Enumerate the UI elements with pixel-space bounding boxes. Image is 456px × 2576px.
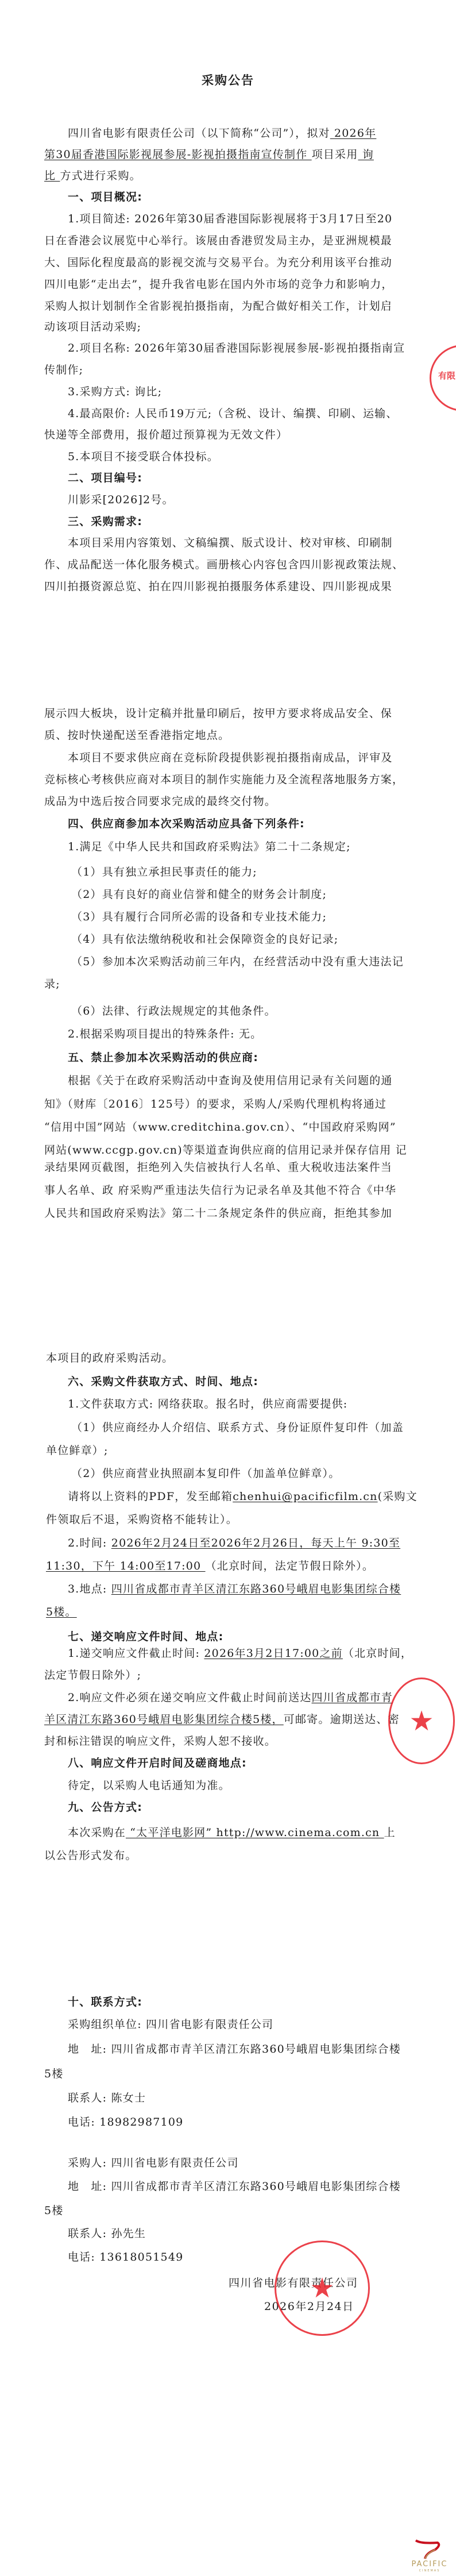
page-title: 采购公告: [0, 74, 456, 87]
org-phone: 电话: 18982987109: [68, 2115, 183, 2129]
buyer-phone: 电话: 13618051549: [68, 2250, 183, 2264]
s4-condition: （1）具有独立承担民事责任的能力;: [71, 865, 257, 879]
s4-condition: （2）具有良好的商业信誉和健全的财务会计制度;: [71, 888, 327, 901]
section-7-heading: 七、递交响应文件时间、地点:: [68, 1630, 223, 1644]
section-6-heading: 六、采购文件获取方式、时间、地点:: [68, 1375, 258, 1389]
s1-item1-line: 动该项目活动采购;: [44, 320, 141, 334]
s1-item2-line: 传制作;: [44, 363, 83, 377]
s7-item1: 1.递交响应文件截止时间: 2026年3月2日17:00之前（北京时间，: [68, 1646, 412, 1660]
s5-para-line: 事人名单、政 府采购严重违法失信行为记录名单及其他不符合《中华: [44, 1183, 396, 1197]
buyer-address-2: 5楼: [44, 2204, 64, 2218]
place-underlined: 四川省成都市青羊区清江东路360号峨眉电影集团综合楼: [111, 1583, 401, 1595]
s1-item1-line: 1.项目简述: 2026年第30届香港国际影视展将于3月17日至20: [68, 212, 392, 226]
s1-item1-line: 大、国际化程度最高的影视交流与交易平台。为充分利用该平台推动: [44, 256, 392, 269]
buyer-address: 地 址: 四川省成都市青羊区清江东路360号峨眉电影集团综合楼: [68, 2180, 401, 2193]
s4-condition: 录;: [44, 977, 60, 991]
section-8-heading: 八、响应文件开启时间及磋商地点:: [68, 1756, 247, 1770]
section-1-heading: 一、项目概况:: [68, 190, 142, 204]
s6-req1-line: （1）供应商经办人介绍信、联系方式、身份证原件复印件（加盖: [71, 1421, 404, 1434]
org-contact: 联系人: 陈女士: [68, 2091, 146, 2105]
s1-item1-line: 日在香港会议展览中心举行。该展由香港贸发局主办，是亚洲规模最: [44, 234, 392, 248]
s9-line-2: 以公告形式发布。: [44, 1849, 137, 1862]
org-address-2: 5楼: [44, 2067, 64, 2081]
s7-item1-line-2: 法定节假日除外）;: [44, 1668, 141, 1682]
s1-item4-line: 快递等全部费用，报价超过预算视为无效文件）: [44, 428, 288, 442]
s1-item3: 3.采购方式: 询比;: [68, 385, 162, 399]
section-5-heading: 五、禁止参加本次采购活动的供应商:: [68, 1051, 258, 1065]
section-2-heading: 二、项目编号:: [68, 471, 142, 485]
announcement-site-link[interactable]: “太平洋电影网” http://www.cinema.com.cn: [126, 1826, 384, 1839]
star-icon: ★: [409, 1707, 434, 1735]
section-10-heading: 十、联系方式:: [68, 1995, 142, 2009]
s5-para-line: 录结果网页截图，拒绝列入失信被执行人名单、重大税收违法案件当: [44, 1160, 392, 1174]
star-icon: ★: [310, 2274, 334, 2302]
s4-condition: （5）参加本次采购活动前三年内，在经营活动中没有重大违法记: [71, 955, 404, 969]
logo-brand: PACIFIC: [405, 2560, 454, 2569]
section-4-heading: 四、供应商参加本次采购活动应具备下列条件:: [68, 817, 305, 831]
company-seal: ★: [275, 2240, 370, 2336]
s1-item4-line: 4.最高限价: 人民币19万元;（含税、设计、编撰、印刷、运输、: [68, 407, 398, 421]
s7-item2-line-3: 封和标注错误的响应文件，采购人恕不接收。: [44, 1734, 276, 1748]
s4-item1: 1.满足《中华人民共和国政府采购法》第二十二条规定;: [68, 840, 351, 854]
s6-place-line: 3.地点: 四川省成都市青羊区清江东路360号峨眉电影集团综合楼: [68, 1582, 401, 1596]
s5-para-line: 知》（财库〔2016〕125号）的要求，采购人/采购代理机构将通过: [44, 1097, 387, 1111]
s8-value: 待定，以采购人电话通知为准。: [68, 1779, 230, 1792]
s3-para1-line: 质、按时快递配送至香港指定地点。: [44, 728, 230, 742]
s6-time-line: 2.时间: 2026年2月24日至2026年2月26日，每天上午 9:30至: [68, 1536, 400, 1550]
s1-item2-line: 2.项目名称: 2026年第30届香港国际影视展参展-影视拍摄指南宣: [68, 341, 405, 355]
swoosh-icon: [415, 2539, 442, 2560]
s5-para-line: “信用中国”网站（www.creditchina.gov.cn）、“中国政府采购…: [44, 1120, 396, 1134]
s4-condition: （3）具有履行合同所必需的设备和专业技术能力;: [71, 910, 327, 924]
s6-email-line-2: 件领取后不退，采购资格不能转让）。: [46, 1513, 238, 1526]
s6-place-line-2: 5楼。: [46, 1605, 77, 1619]
s7-item2-line-2: 羊区清江东路360号峨眉电影集团综合楼5楼，可邮寄。逾期送达、密: [44, 1713, 400, 1726]
s6-req1-line: 单位鲜章）;: [46, 1444, 109, 1457]
s5-para-line: 根据《关于在政府采购活动中查询及使用信用记录有关问题的通: [68, 1074, 393, 1088]
s7-item2: 2.响应文件必须在递交响应文件截止时间前送达四川省成都市青: [68, 1691, 393, 1705]
s5-para-line: 网站(www.ccgp.gov.cn)等渠道查询供应商的信用记录并保存信用 记: [44, 1143, 407, 1157]
buyer-name: 采购人: 四川省电影有限责任公司: [68, 2156, 239, 2170]
s9-line: 本次采购在 “太平洋电影网” http://www.cinema.com.cn …: [68, 1826, 396, 1840]
email-link[interactable]: chenhui@pacificfilm.cn: [233, 1490, 377, 1503]
s5-para-line: 本项目的政府采购活动。: [46, 1351, 173, 1365]
s3-para1-line: 作、成品配送一体化服务模式。画册核心内容包含四川影视政策法规、: [44, 558, 404, 572]
intro-line-3: 比 方式进行采购。: [44, 169, 141, 183]
logo-sub: CINEMAS: [405, 2569, 454, 2573]
s4-condition: （6）法律、行政法规规定的其他条件。: [71, 1004, 276, 1018]
s6-req2: （2）供应商营业执照副本复印件（加盖单位鲜章）。: [71, 1467, 340, 1480]
org-address: 地 址: 四川省成都市青羊区清江东路360号峨眉电影集团综合楼: [68, 2042, 401, 2056]
s3-para1-line: 展示四大板块，设计定稿并批量印刷后，按甲方要求将成品安全、保: [44, 707, 392, 720]
deadline-underlined: 2026年3月2日17:00之前: [204, 1647, 343, 1660]
s6-item1: 1.文件获取方式: 网络获取。报名时，供应商需要提供:: [68, 1397, 347, 1411]
s6-time-line-2: 11:30，下午 14:00至17:00 （北京时间，法定节假日除外）。: [46, 1559, 374, 1573]
buyer-contact: 联系人: 孙先生: [68, 2227, 146, 2240]
s3-para2-line: 成品为中选后按合同要求完成的最终交付物。: [44, 795, 276, 808]
section-9-heading: 九、公告方式:: [68, 1800, 142, 1814]
s4-item2: 2.根据采购项目提出的特殊条件: 无。: [68, 1027, 262, 1041]
s3-para2-line: 竞标核心考核供应商对本项目的制作实施能力及全流程落地服务方案，: [44, 773, 404, 786]
intro-year-underlined: 2026年: [330, 127, 377, 140]
intro-line-2: 第30届香港国际影视展参展-影视拍摄指南宣传制作 项目采用 询: [44, 148, 374, 161]
s4-condition: （4）具有依法缴纳税收和社会保障资金的良好记录;: [71, 932, 338, 946]
intro-project-underlined: 第30届香港国际影视展参展-影视拍摄指南宣传制作: [44, 148, 312, 161]
project-number: 川影采[2026]2号。: [68, 493, 174, 507]
s3-para1-line: 本项目采用内容策划、文稿编撰、版式设计、校对审核、印刷制: [68, 536, 393, 550]
s1-item1-line: 四川电影“走出去”，提升我省电影在国内外市场的竞争力和影响力，: [44, 277, 393, 291]
s3-para2-line: 本项目不要求供应商在竞标阶段提供影视拍摄指南成品，评审及: [68, 751, 393, 765]
company-seal-partial-top: 有限: [430, 345, 456, 411]
time-range-underlined: 2026年2月24日至2026年2月26日，每天上午 9:30至: [111, 1537, 400, 1549]
s6-email-line: 请将以上资料的PDF，发至邮箱chenhui@pacificfilm.cn(采购…: [68, 1490, 418, 1503]
s3-para1-line: 四川拍摄资源总览、拍在四川影视拍摄服务体系建设、四川影视成果: [44, 580, 392, 593]
s5-para-line: 人民共和国政府采购法》第二十二条规定条件的供应商，拒绝其参加: [44, 1206, 392, 1220]
s1-item1-line: 采购人拟计划制作全省影视拍摄指南，为配合做好相关工作，计划启: [44, 299, 392, 313]
section-3-heading: 三、采购需求:: [68, 515, 142, 529]
intro-line-1: 四川省电影有限责任公司（以下简称“公司”），拟对 2026年: [68, 126, 376, 140]
s1-item5: 5.本项目不接受联合体投标。: [68, 450, 219, 464]
company-seal-partial-middle: ★: [388, 1678, 455, 1764]
org-name: 采购组织单位: 四川省电影有限责任公司: [68, 2018, 273, 2031]
pacific-cinemas-logo: PACIFIC CINEMAS: [405, 2539, 454, 2574]
